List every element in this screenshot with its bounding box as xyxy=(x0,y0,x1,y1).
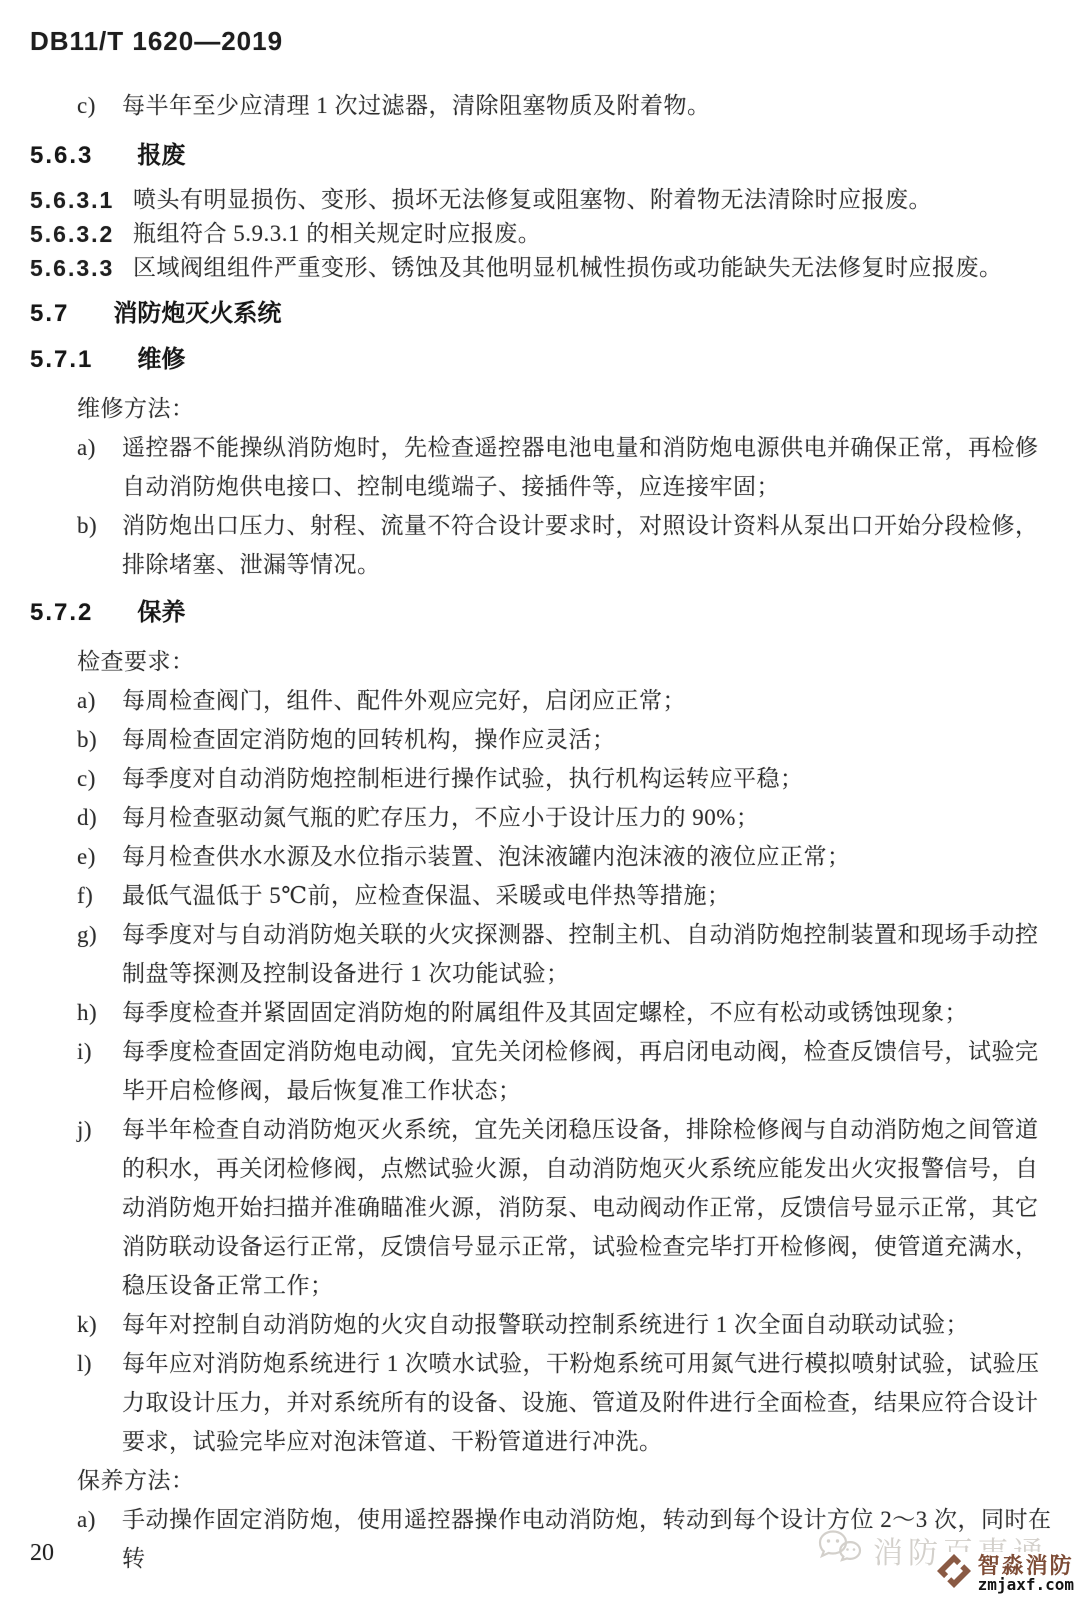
section-heading-5-7-2: 5.7.2保养 xyxy=(30,598,1052,628)
diamond-logo-icon xyxy=(935,1552,973,1595)
clause-5-6-3-1: 5.6.3.1 喷头有明显损伤、变形、损坏无法修复或阻塞物、附着物无法清除时应报… xyxy=(30,183,1052,217)
check-item-h: h) 每季度检查并紧固固定消防炮的附属组件及其固定螺栓，不应有松动或锈蚀现象； xyxy=(30,993,1052,1032)
section-title: 报废 xyxy=(137,142,185,169)
list-marker: b) xyxy=(77,720,97,759)
list-marker: h) xyxy=(77,993,97,1032)
section-heading-5-7-1: 5.7.1维修 xyxy=(30,345,1052,375)
list-item-text: 消防炮出口压力、射程、流量不符合设计要求时，对照设计资料从泵出口开始分段检修，排… xyxy=(122,513,1039,577)
clause-text: 瓶组符合 5.9.3.1 的相关规定时应报废。 xyxy=(133,221,541,246)
list-item-text: 每周检查阀门，组件、配件外观应完好，启闭应正常； xyxy=(122,688,686,713)
brand-name: 智淼消防 xyxy=(978,1554,1074,1577)
list-marker: i) xyxy=(77,1032,92,1071)
check-item-i: i) 每季度检查固定消防炮电动阀，宜先关闭检修阀，再启闭电动阀，检查反馈信号，试… xyxy=(30,1032,1052,1110)
check-item-k: k) 每年对控制自动消防炮的火灾自动报警联动控制系统进行 1 次全面自动联动试验… xyxy=(30,1305,1052,1344)
list-item-text: 遥控器不能操纵消防炮时，先检查遥控器电池电量和消防炮电源供电并确保正常，再检修自… xyxy=(122,435,1039,499)
list-item-c-filter: c) 每半年至少应清理 1 次过滤器，清除阻塞物质及附着物。 xyxy=(30,86,1052,125)
list-marker: a) xyxy=(77,428,96,467)
document-page: DB11/T 1620—2019 c) 每半年至少应清理 1 次过滤器，清除阻塞… xyxy=(0,0,1080,1598)
list-item-text: 每半年检查自动消防炮灭火系统，宜先关闭稳压设备，排除检修阀与自动消防炮之间管道的… xyxy=(122,1117,1039,1298)
list-marker: g) xyxy=(77,915,97,954)
section-title: 消防炮灭火系统 xyxy=(113,300,281,327)
section-title: 维修 xyxy=(137,346,185,373)
list-item-text: 最低气温低于 5℃前，应检查保温、采暖或电伴热等措施； xyxy=(122,883,730,908)
clause-text: 区域阀组组件严重变形、锈蚀及其他明显机械性损伤或功能缺失无法修复时应报废。 xyxy=(133,255,1003,280)
check-item-l: l) 每年应对消防炮系统进行 1 次喷水试验，干粉炮系统可用氮气进行模拟喷射试验… xyxy=(30,1344,1052,1461)
clause-number: 5.6.3.2 xyxy=(30,217,114,251)
check-item-g: g) 每季度对与自动消防炮关联的火灾探测器、控制主机、自动消防炮控制装置和现场手… xyxy=(30,915,1052,993)
check-item-d: d) 每月检查驱动氮气瓶的贮存压力，不应小于设计压力的 90%； xyxy=(30,798,1052,837)
list-item-text: 每月检查驱动氮气瓶的贮存压力，不应小于设计压力的 90%； xyxy=(122,805,759,830)
list-item-text: 每年对控制自动消防炮的火灾自动报警联动控制系统进行 1 次全面自动联动试验； xyxy=(122,1312,969,1337)
brand-url: zmjaxf.com xyxy=(978,1577,1074,1594)
check-item-c: c) 每季度对自动消防炮控制柜进行操作试验，执行机构运转应平稳； xyxy=(30,759,1052,798)
repair-item-a: a) 遥控器不能操纵消防炮时，先检查遥控器电池电量和消防炮电源供电并确保正常，再… xyxy=(30,428,1052,506)
list-item-text: 每季度检查并紧固固定消防炮的附属组件及其固定螺栓，不应有松动或锈蚀现象； xyxy=(122,1000,968,1025)
list-marker: a) xyxy=(77,681,96,720)
clause-text: 喷头有明显损伤、变形、损坏无法修复或阻塞物、附着物无法清除时应报废。 xyxy=(133,187,932,212)
list-item-text: 每季度对与自动消防炮关联的火灾探测器、控制主机、自动消防炮控制装置和现场手动控制… xyxy=(122,922,1039,986)
section-title: 保养 xyxy=(137,599,185,626)
list-marker: a) xyxy=(77,1500,96,1539)
list-item-text: 每年应对消防炮系统进行 1 次喷水试验，干粉炮系统可用氮气进行模拟喷射试验，试验… xyxy=(122,1351,1040,1454)
list-item-text: 每月检查供水水源及水位指示装置、泡沫液罐内泡沫液的液位应正常； xyxy=(122,844,851,869)
section-heading-5-6-3: 5.6.3报废 xyxy=(30,141,1052,171)
list-marker: d) xyxy=(77,798,97,837)
clause-number: 5.6.3.1 xyxy=(30,183,114,217)
check-item-e: e) 每月检查供水水源及水位指示装置、泡沫液罐内泡沫液的液位应正常； xyxy=(30,837,1052,876)
repair-methods-label: 维修方法： xyxy=(77,389,1052,428)
list-item-text: 每半年至少应清理 1 次过滤器，清除阻塞物质及附着物。 xyxy=(122,93,711,118)
list-marker: c) xyxy=(77,86,96,125)
section-number: 5.7.1 xyxy=(30,346,93,373)
clause-5-6-3-3: 5.6.3.3 区域阀组组件严重变形、锈蚀及其他明显机械性损伤或功能缺失无法修复… xyxy=(30,251,1052,285)
brand-text: 智淼消防 zmjaxf.com xyxy=(978,1554,1074,1594)
check-item-a: a) 每周检查阀门，组件、配件外观应完好，启闭应正常； xyxy=(30,681,1052,720)
repair-item-b: b) 消防炮出口压力、射程、流量不符合设计要求时，对照设计资料从泵出口开始分段检… xyxy=(30,506,1052,584)
document-code: DB11/T 1620—2019 xyxy=(30,26,1052,56)
section-number: 5.6.3 xyxy=(30,142,93,169)
list-marker: l) xyxy=(77,1344,92,1383)
clause-5-6-3-2: 5.6.3.2 瓶组符合 5.9.3.1 的相关规定时应报废。 xyxy=(30,217,1052,251)
list-marker: j) xyxy=(77,1110,92,1149)
section-number: 5.7 xyxy=(30,300,69,327)
check-requirements-label: 检查要求： xyxy=(77,642,1052,681)
list-marker: k) xyxy=(77,1305,97,1344)
section-number: 5.7.2 xyxy=(30,599,93,626)
list-item-text: 每季度检查固定消防炮电动阀，宜先关闭检修阀，再启闭电动阀，检查反馈信号，试验完毕… xyxy=(122,1039,1039,1103)
clause-number: 5.6.3.3 xyxy=(30,251,114,285)
section-heading-5-7: 5.7消防炮灭火系统 xyxy=(30,299,1052,329)
page-number: 20 xyxy=(30,1540,54,1567)
check-item-b: b) 每周检查固定消防炮的回转机构，操作应灵活； xyxy=(30,720,1052,759)
list-marker: e) xyxy=(77,837,96,876)
list-item-text: 每周检查固定消防炮的回转机构，操作应灵活； xyxy=(122,727,616,752)
chat-bubbles-icon xyxy=(817,1528,863,1572)
list-item-text: 每季度对自动消防炮控制柜进行操作试验，执行机构运转应平稳； xyxy=(122,766,804,791)
check-item-j: j) 每半年检查自动消防炮灭火系统，宜先关闭稳压设备，排除检修阀与自动消防炮之间… xyxy=(30,1110,1052,1305)
brand-logo-block: 智淼消防 zmjaxf.com xyxy=(935,1552,1074,1595)
maintenance-methods-label: 保养方法： xyxy=(77,1461,1052,1500)
list-marker: c) xyxy=(77,759,96,798)
list-marker: f) xyxy=(77,876,93,915)
list-marker: b) xyxy=(77,506,97,545)
check-item-f: f) 最低气温低于 5℃前，应检查保温、采暖或电伴热等措施； xyxy=(30,876,1052,915)
